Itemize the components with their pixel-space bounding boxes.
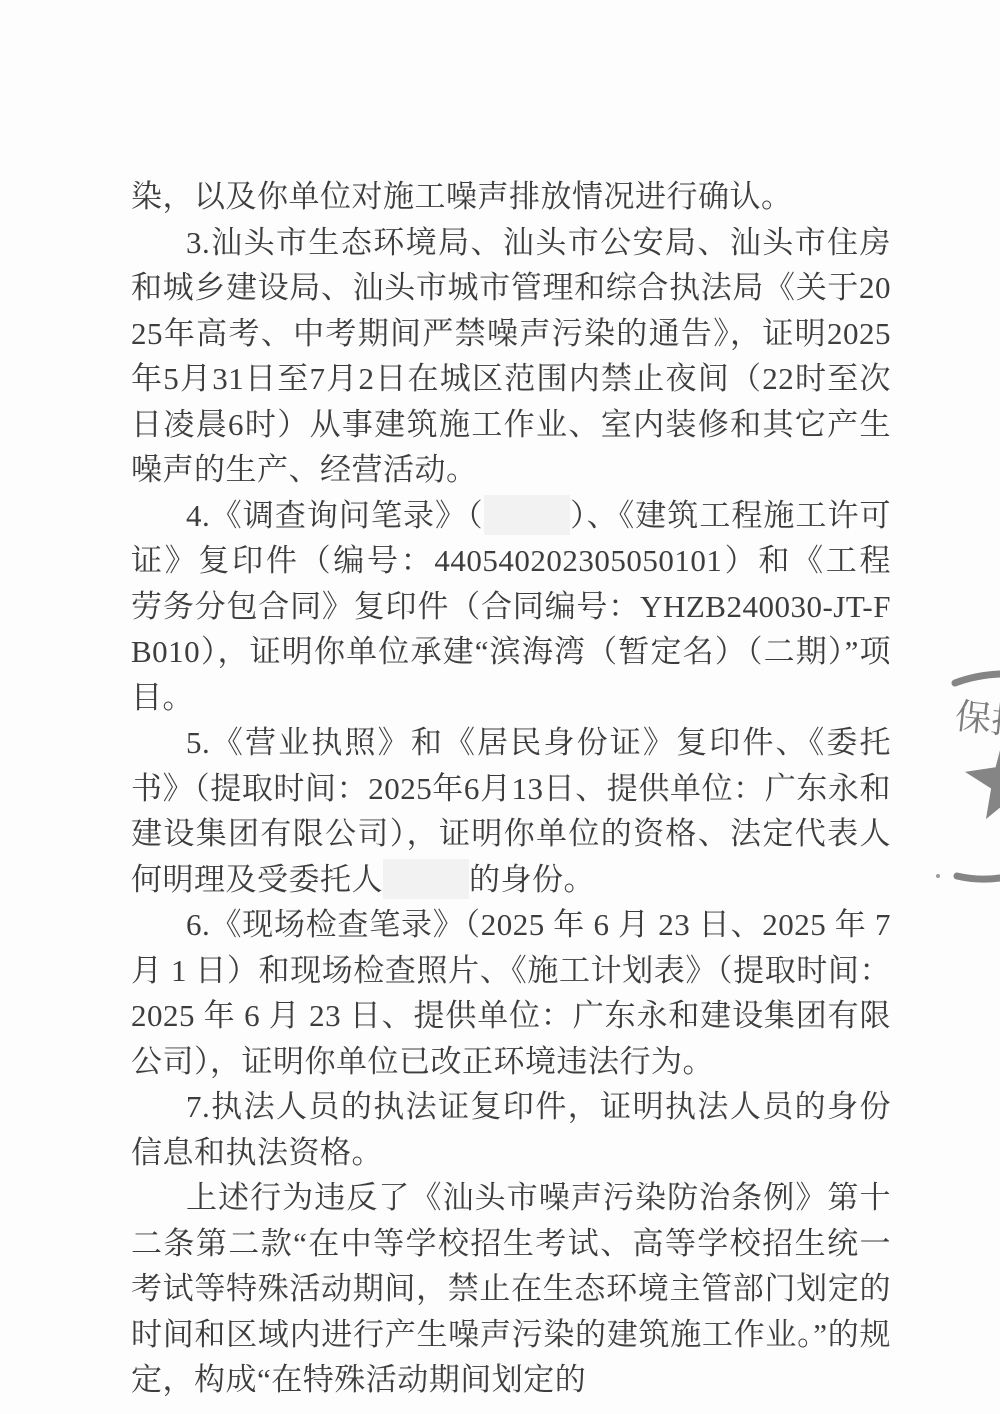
text-run: 3.汕头市生态环境局、汕头市公安局、汕头市住房和城乡建设局、汕头市城市管理和综合… bbox=[131, 225, 891, 488]
paragraph-4: 5.《营业执照》和《居民身份证》复印件、《委托书》（提取时间：2025年6月13… bbox=[131, 720, 891, 902]
text-run: 4.《调查询问笔录》（ bbox=[186, 498, 484, 533]
seal-arc-bottom-icon bbox=[957, 876, 1000, 879]
paragraph-5: 6.《现场检查笔录》（2025 年 6 月 23 日、2025 年 7 月 1 … bbox=[131, 902, 891, 1084]
text-run: 染，以及你单位对施工噪声排放情况进行确认。 bbox=[131, 179, 793, 214]
text-run: 7.执法人员的执法证复印件，证明执法人员的身份信息和执法资格。 bbox=[131, 1089, 891, 1170]
seal-ink-speck bbox=[936, 874, 940, 878]
paragraph-7: 上述行为违反了《汕头市噪声污染防治条例》第十二条第二款“在中等学校招生考试、高等… bbox=[131, 1175, 891, 1403]
text-run: 的身份。 bbox=[469, 862, 595, 897]
paragraph-6: 7.执法人员的执法证复印件，证明执法人员的身份信息和执法资格。 bbox=[131, 1084, 891, 1175]
paragraph-3: 4.《调查询问笔录》（）、《建筑工程施工许可证》复印件（编号：440540202… bbox=[131, 493, 891, 721]
seal-star-icon bbox=[962, 733, 1000, 821]
text-run: 6.《现场检查笔录》（2025 年 6 月 23 日、2025 年 7 月 1 … bbox=[131, 907, 891, 1079]
seal-arc-top-icon bbox=[955, 674, 1000, 683]
document-body: 染，以及你单位对施工噪声排放情况进行确认。3.汕头市生态环境局、汕头市公安局、汕… bbox=[131, 174, 891, 1403]
paragraph-2: 3.汕头市生态环境局、汕头市公安局、汕头市住房和城乡建设局、汕头市城市管理和综合… bbox=[131, 220, 891, 493]
scanned-document-page: 染，以及你单位对施工噪声排放情况进行确认。3.汕头市生态环境局、汕头市公安局、汕… bbox=[0, 0, 1000, 1414]
seal-text: 保护 bbox=[953, 696, 1000, 743]
text-run: 上述行为违反了《汕头市噪声污染防治条例》第十二条第二款“在中等学校招生考试、高等… bbox=[131, 1180, 891, 1397]
official-seal-partial: 保护 bbox=[930, 650, 1000, 890]
redacted-text-box bbox=[484, 495, 570, 535]
paragraph-1: 染，以及你单位对施工噪声排放情况进行确认。 bbox=[131, 174, 891, 220]
redacted-text-box bbox=[383, 859, 469, 899]
